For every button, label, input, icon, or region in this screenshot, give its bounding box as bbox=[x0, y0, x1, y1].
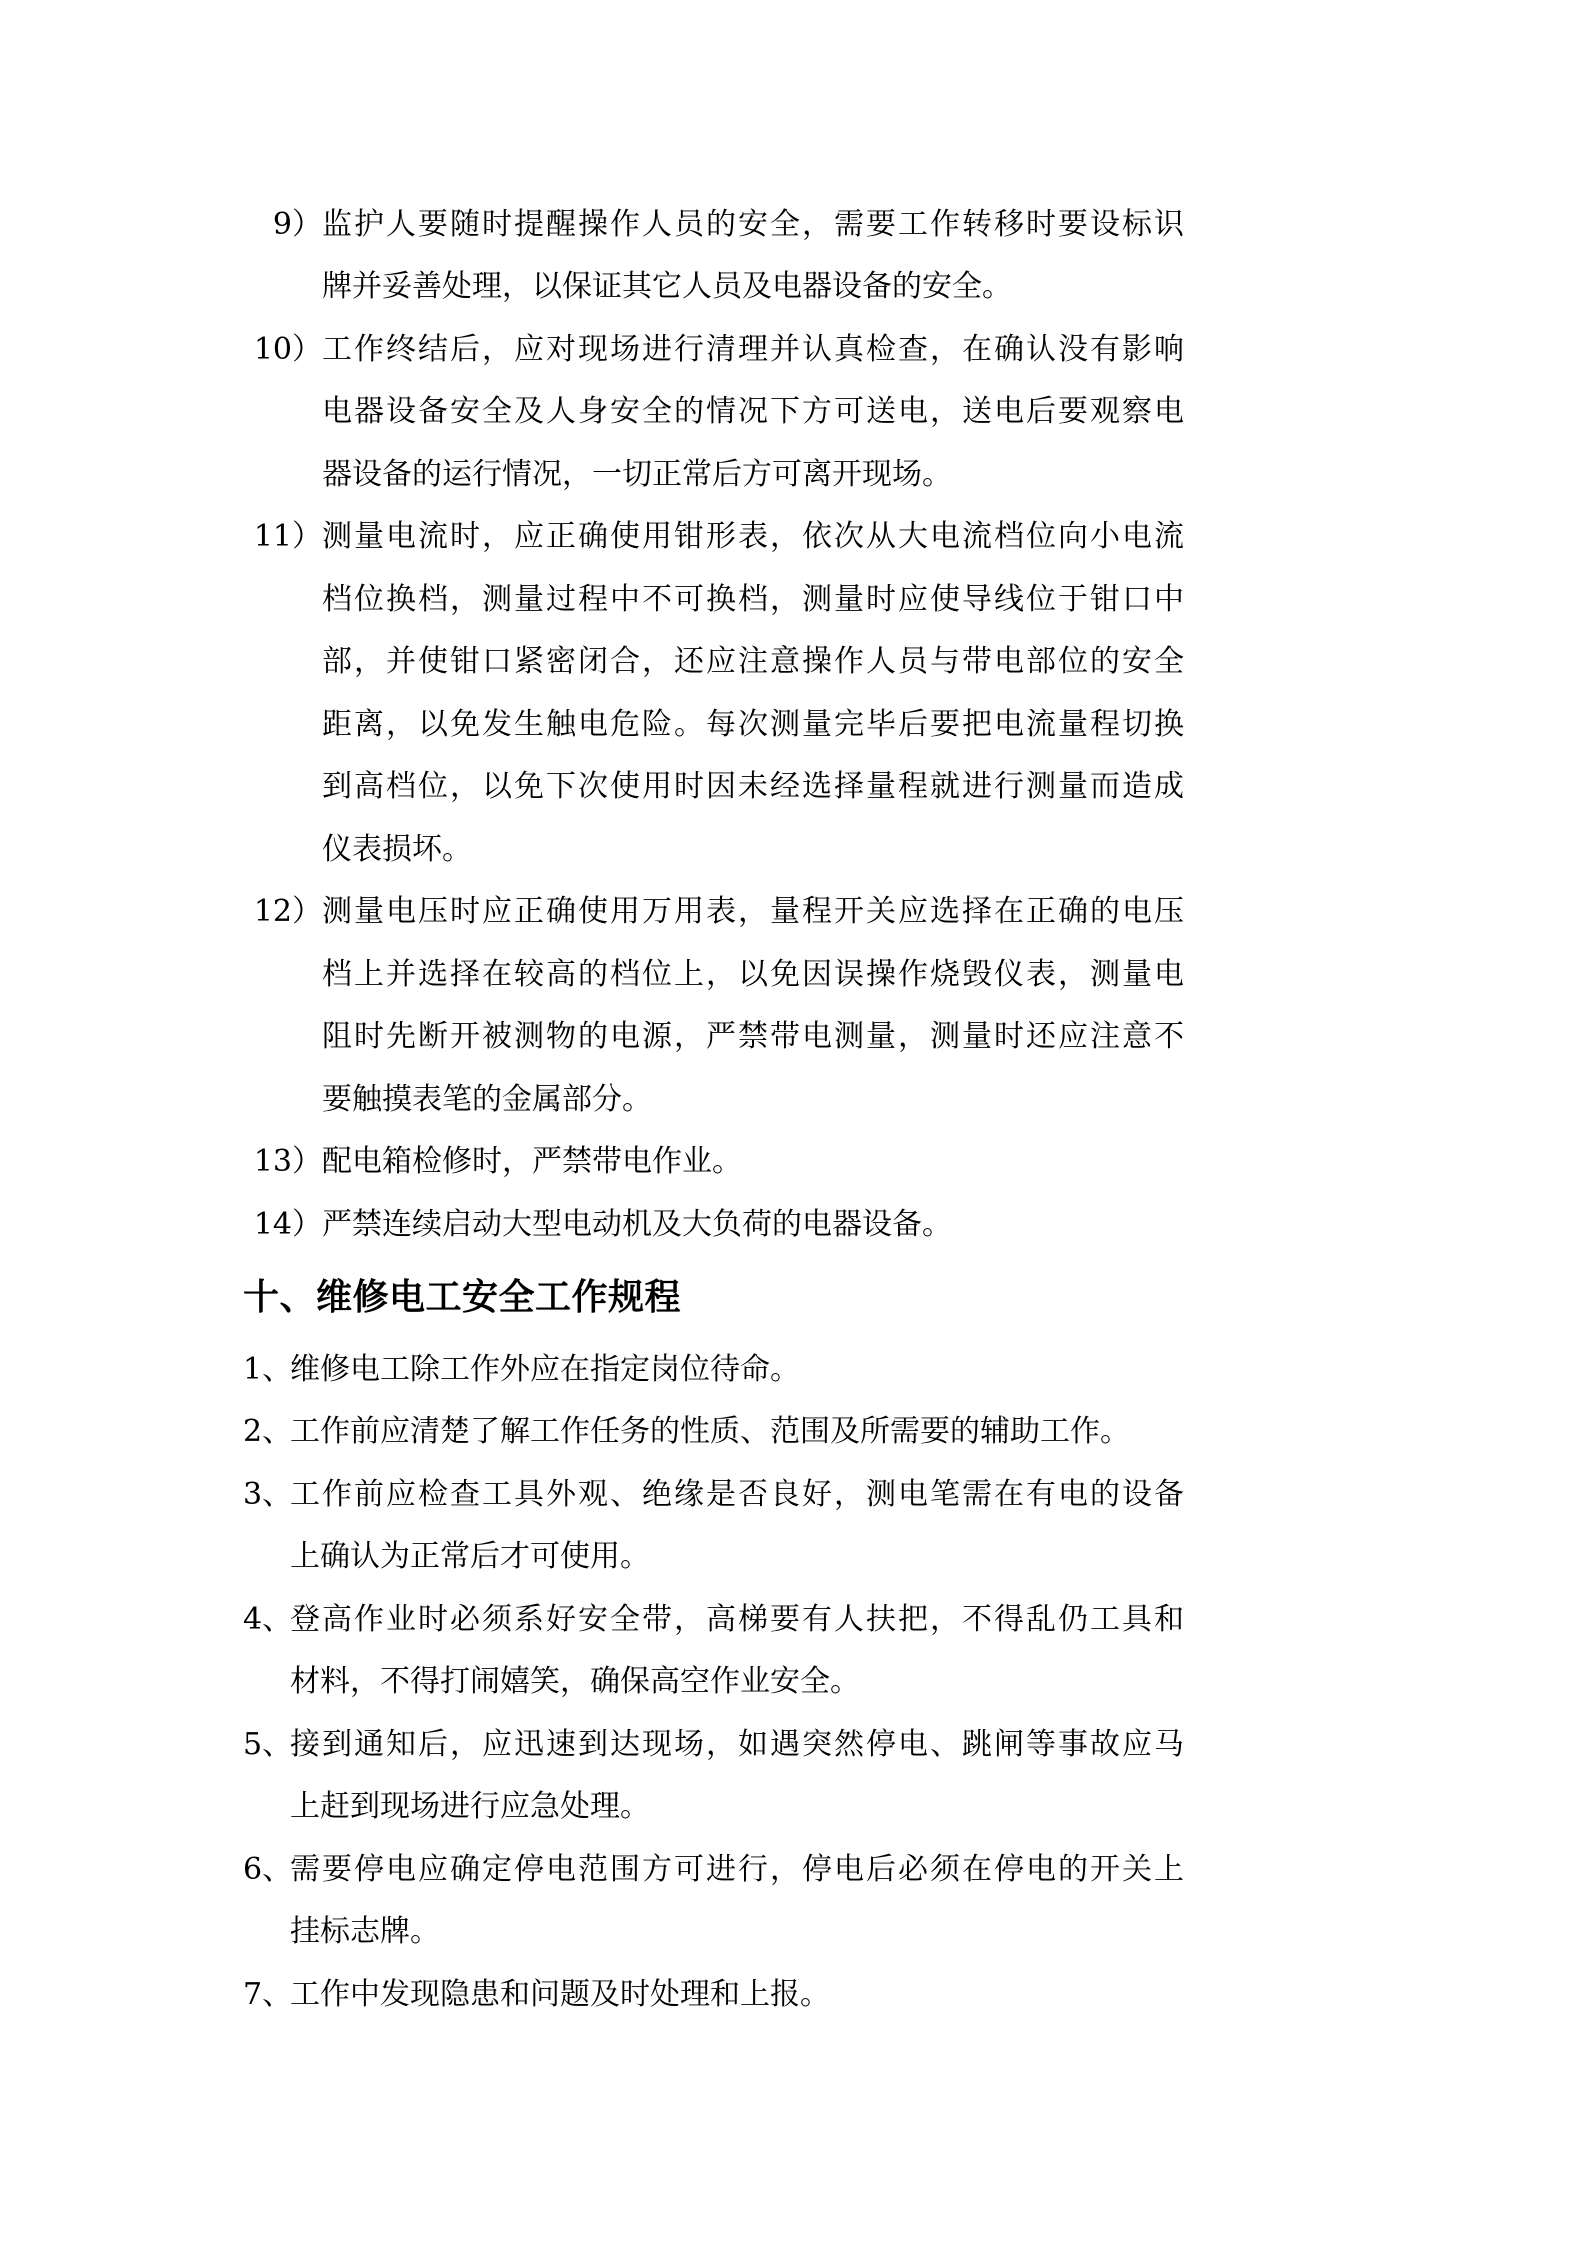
numbered-item-label: 1、 bbox=[243, 1339, 290, 1402]
numbered-item-4-line-1: 4、 登高作业时必须系好安全带，高梯要有人扶把，不得乱仍工具和 bbox=[0, 1589, 1587, 1652]
numbered-item-text: 挂标志牌。 bbox=[290, 1901, 1184, 1964]
numbered-item-7-line-1: 7、 工作中发现隐患和问题及时处理和上报。 bbox=[0, 1964, 1587, 2027]
numbered-item-text: 上赶到现场进行应急处理。 bbox=[290, 1776, 1184, 1839]
sub-item-12-line-3: 阻时先断开被测物的电源，严禁带电测量，测量时还应注意不 bbox=[0, 1006, 1587, 1069]
numbered-item-label: 5、 bbox=[243, 1714, 290, 1777]
sub-item-label: 14） bbox=[222, 1194, 322, 1257]
numbered-item-4-line-2: 材料，不得打闹嬉笑，确保高空作业安全。 bbox=[0, 1651, 1587, 1714]
sub-item-text: 部，并使钳口紧密闭合，还应注意操作人员与带电部位的安全 bbox=[322, 631, 1184, 694]
numbered-item-text: 材料，不得打闹嬉笑，确保高空作业安全。 bbox=[290, 1651, 1184, 1714]
sub-item-text: 测量电压时应正确使用万用表，量程开关应选择在正确的电压 bbox=[322, 881, 1184, 944]
section-heading: 十、维修电工安全工作规程 bbox=[243, 1264, 681, 1330]
sub-item-label: 9） bbox=[222, 194, 322, 257]
sub-item-label: 13） bbox=[222, 1131, 322, 1194]
sub-item-12-line-1: 12） 测量电压时应正确使用万用表，量程开关应选择在正确的电压 bbox=[0, 881, 1587, 944]
sub-item-text: 档位换档，测量过程中不可换档，测量时应使导线位于钳口中 bbox=[322, 569, 1184, 632]
numbered-item-text: 上确认为正常后才可使用。 bbox=[290, 1526, 1184, 1589]
sub-item-11-line-5: 到高档位，以免下次使用时因未经选择量程就进行测量而造成 bbox=[0, 756, 1587, 819]
sub-item-14-line-1: 14） 严禁连续启动大型电动机及大负荷的电器设备。 bbox=[0, 1194, 1587, 1257]
sub-item-text: 要触摸表笔的金属部分。 bbox=[322, 1069, 1184, 1132]
sub-item-text: 距离，以免发生触电危险。每次测量完毕后要把电流量程切换 bbox=[322, 694, 1184, 757]
sub-item-11-line-6: 仪表损坏。 bbox=[0, 819, 1587, 882]
sub-item-10-line-1: 10） 工作终结后，应对现场进行清理并认真检查，在确认没有影响 bbox=[0, 319, 1587, 382]
sub-item-12-line-2: 档上并选择在较高的档位上，以免因误操作烧毁仪表，测量电 bbox=[0, 944, 1587, 1007]
sub-item-9-line-1: 9） 监护人要随时提醒操作人员的安全，需要工作转移时要设标识 bbox=[0, 194, 1587, 257]
numbered-item-text: 工作前应检查工具外观、绝缘是否良好，测电笔需在有电的设备 bbox=[290, 1464, 1184, 1527]
numbered-item-5-line-2: 上赶到现场进行应急处理。 bbox=[0, 1776, 1587, 1839]
sub-item-text: 配电箱检修时，严禁带电作业。 bbox=[322, 1131, 1184, 1194]
numbered-item-label: 2、 bbox=[243, 1401, 290, 1464]
sub-item-label: 12） bbox=[222, 881, 322, 944]
sub-item-text: 工作终结后，应对现场进行清理并认真检查，在确认没有影响 bbox=[322, 319, 1184, 382]
sub-item-11-line-3: 部，并使钳口紧密闭合，还应注意操作人员与带电部位的安全 bbox=[0, 631, 1587, 694]
sub-item-text: 档上并选择在较高的档位上，以免因误操作烧毁仪表，测量电 bbox=[322, 944, 1184, 1007]
sub-item-text: 电器设备安全及人身安全的情况下方可送电，送电后要观察电 bbox=[322, 381, 1184, 444]
sub-item-9-line-2: 牌并妥善处理，以保证其它人员及电器设备的安全。 bbox=[0, 256, 1587, 319]
sub-item-13-line-1: 13） 配电箱检修时，严禁带电作业。 bbox=[0, 1131, 1587, 1194]
sub-item-text: 测量电流时，应正确使用钳形表，依次从大电流档位向小电流 bbox=[322, 506, 1184, 569]
numbered-item-1-line-1: 1、 维修电工除工作外应在指定岗位待命。 bbox=[0, 1339, 1587, 1402]
sub-item-10-line-2: 电器设备安全及人身安全的情况下方可送电，送电后要观察电 bbox=[0, 381, 1587, 444]
numbered-item-6-line-2: 挂标志牌。 bbox=[0, 1901, 1587, 1964]
sub-item-text: 监护人要随时提醒操作人员的安全，需要工作转移时要设标识 bbox=[322, 194, 1184, 257]
document-page: 9） 监护人要随时提醒操作人员的安全，需要工作转移时要设标识 牌并妥善处理，以保… bbox=[0, 0, 1587, 2245]
numbered-item-text: 登高作业时必须系好安全带，高梯要有人扶把，不得乱仍工具和 bbox=[290, 1589, 1184, 1652]
numbered-item-text: 需要停电应确定停电范围方可进行，停电后必须在停电的开关上 bbox=[290, 1839, 1184, 1902]
sub-item-label: 11） bbox=[222, 506, 322, 569]
numbered-item-text: 维修电工除工作外应在指定岗位待命。 bbox=[290, 1339, 1184, 1402]
sub-item-text: 到高档位，以免下次使用时因未经选择量程就进行测量而造成 bbox=[322, 756, 1184, 819]
sub-item-text: 仪表损坏。 bbox=[322, 819, 1184, 882]
sub-item-text: 器设备的运行情况，一切正常后方可离开现场。 bbox=[322, 444, 1184, 507]
sub-item-12-line-4: 要触摸表笔的金属部分。 bbox=[0, 1069, 1587, 1132]
numbered-item-label: 6、 bbox=[243, 1839, 290, 1902]
numbered-item-label: 3、 bbox=[243, 1464, 290, 1527]
sub-item-label: 10） bbox=[222, 319, 322, 382]
numbered-item-3-line-1: 3、 工作前应检查工具外观、绝缘是否良好，测电笔需在有电的设备 bbox=[0, 1464, 1587, 1527]
sub-item-text: 严禁连续启动大型电动机及大负荷的电器设备。 bbox=[322, 1194, 1184, 1257]
numbered-item-label: 4、 bbox=[243, 1589, 290, 1652]
numbered-item-text: 接到通知后，应迅速到达现场，如遇突然停电、跳闸等事故应马 bbox=[290, 1714, 1184, 1777]
sub-item-11-line-2: 档位换档，测量过程中不可换档，测量时应使导线位于钳口中 bbox=[0, 569, 1587, 632]
sub-item-text: 阻时先断开被测物的电源，严禁带电测量，测量时还应注意不 bbox=[322, 1006, 1184, 1069]
sub-item-11-line-4: 距离，以免发生触电危险。每次测量完毕后要把电流量程切换 bbox=[0, 694, 1587, 757]
numbered-item-5-line-1: 5、 接到通知后，应迅速到达现场，如遇突然停电、跳闸等事故应马 bbox=[0, 1714, 1587, 1777]
sub-item-text: 牌并妥善处理，以保证其它人员及电器设备的安全。 bbox=[322, 256, 1184, 319]
numbered-item-text: 工作前应清楚了解工作任务的性质、范围及所需要的辅助工作。 bbox=[290, 1401, 1184, 1464]
numbered-item-3-line-2: 上确认为正常后才可使用。 bbox=[0, 1526, 1587, 1589]
sub-item-11-line-1: 11） 测量电流时，应正确使用钳形表，依次从大电流档位向小电流 bbox=[0, 506, 1587, 569]
numbered-item-text: 工作中发现隐患和问题及时处理和上报。 bbox=[290, 1964, 1184, 2027]
numbered-item-label: 7、 bbox=[243, 1964, 290, 2027]
sub-item-10-line-3: 器设备的运行情况，一切正常后方可离开现场。 bbox=[0, 444, 1587, 507]
numbered-item-2-line-1: 2、 工作前应清楚了解工作任务的性质、范围及所需要的辅助工作。 bbox=[0, 1401, 1587, 1464]
numbered-item-6-line-1: 6、 需要停电应确定停电范围方可进行，停电后必须在停电的开关上 bbox=[0, 1839, 1587, 1902]
